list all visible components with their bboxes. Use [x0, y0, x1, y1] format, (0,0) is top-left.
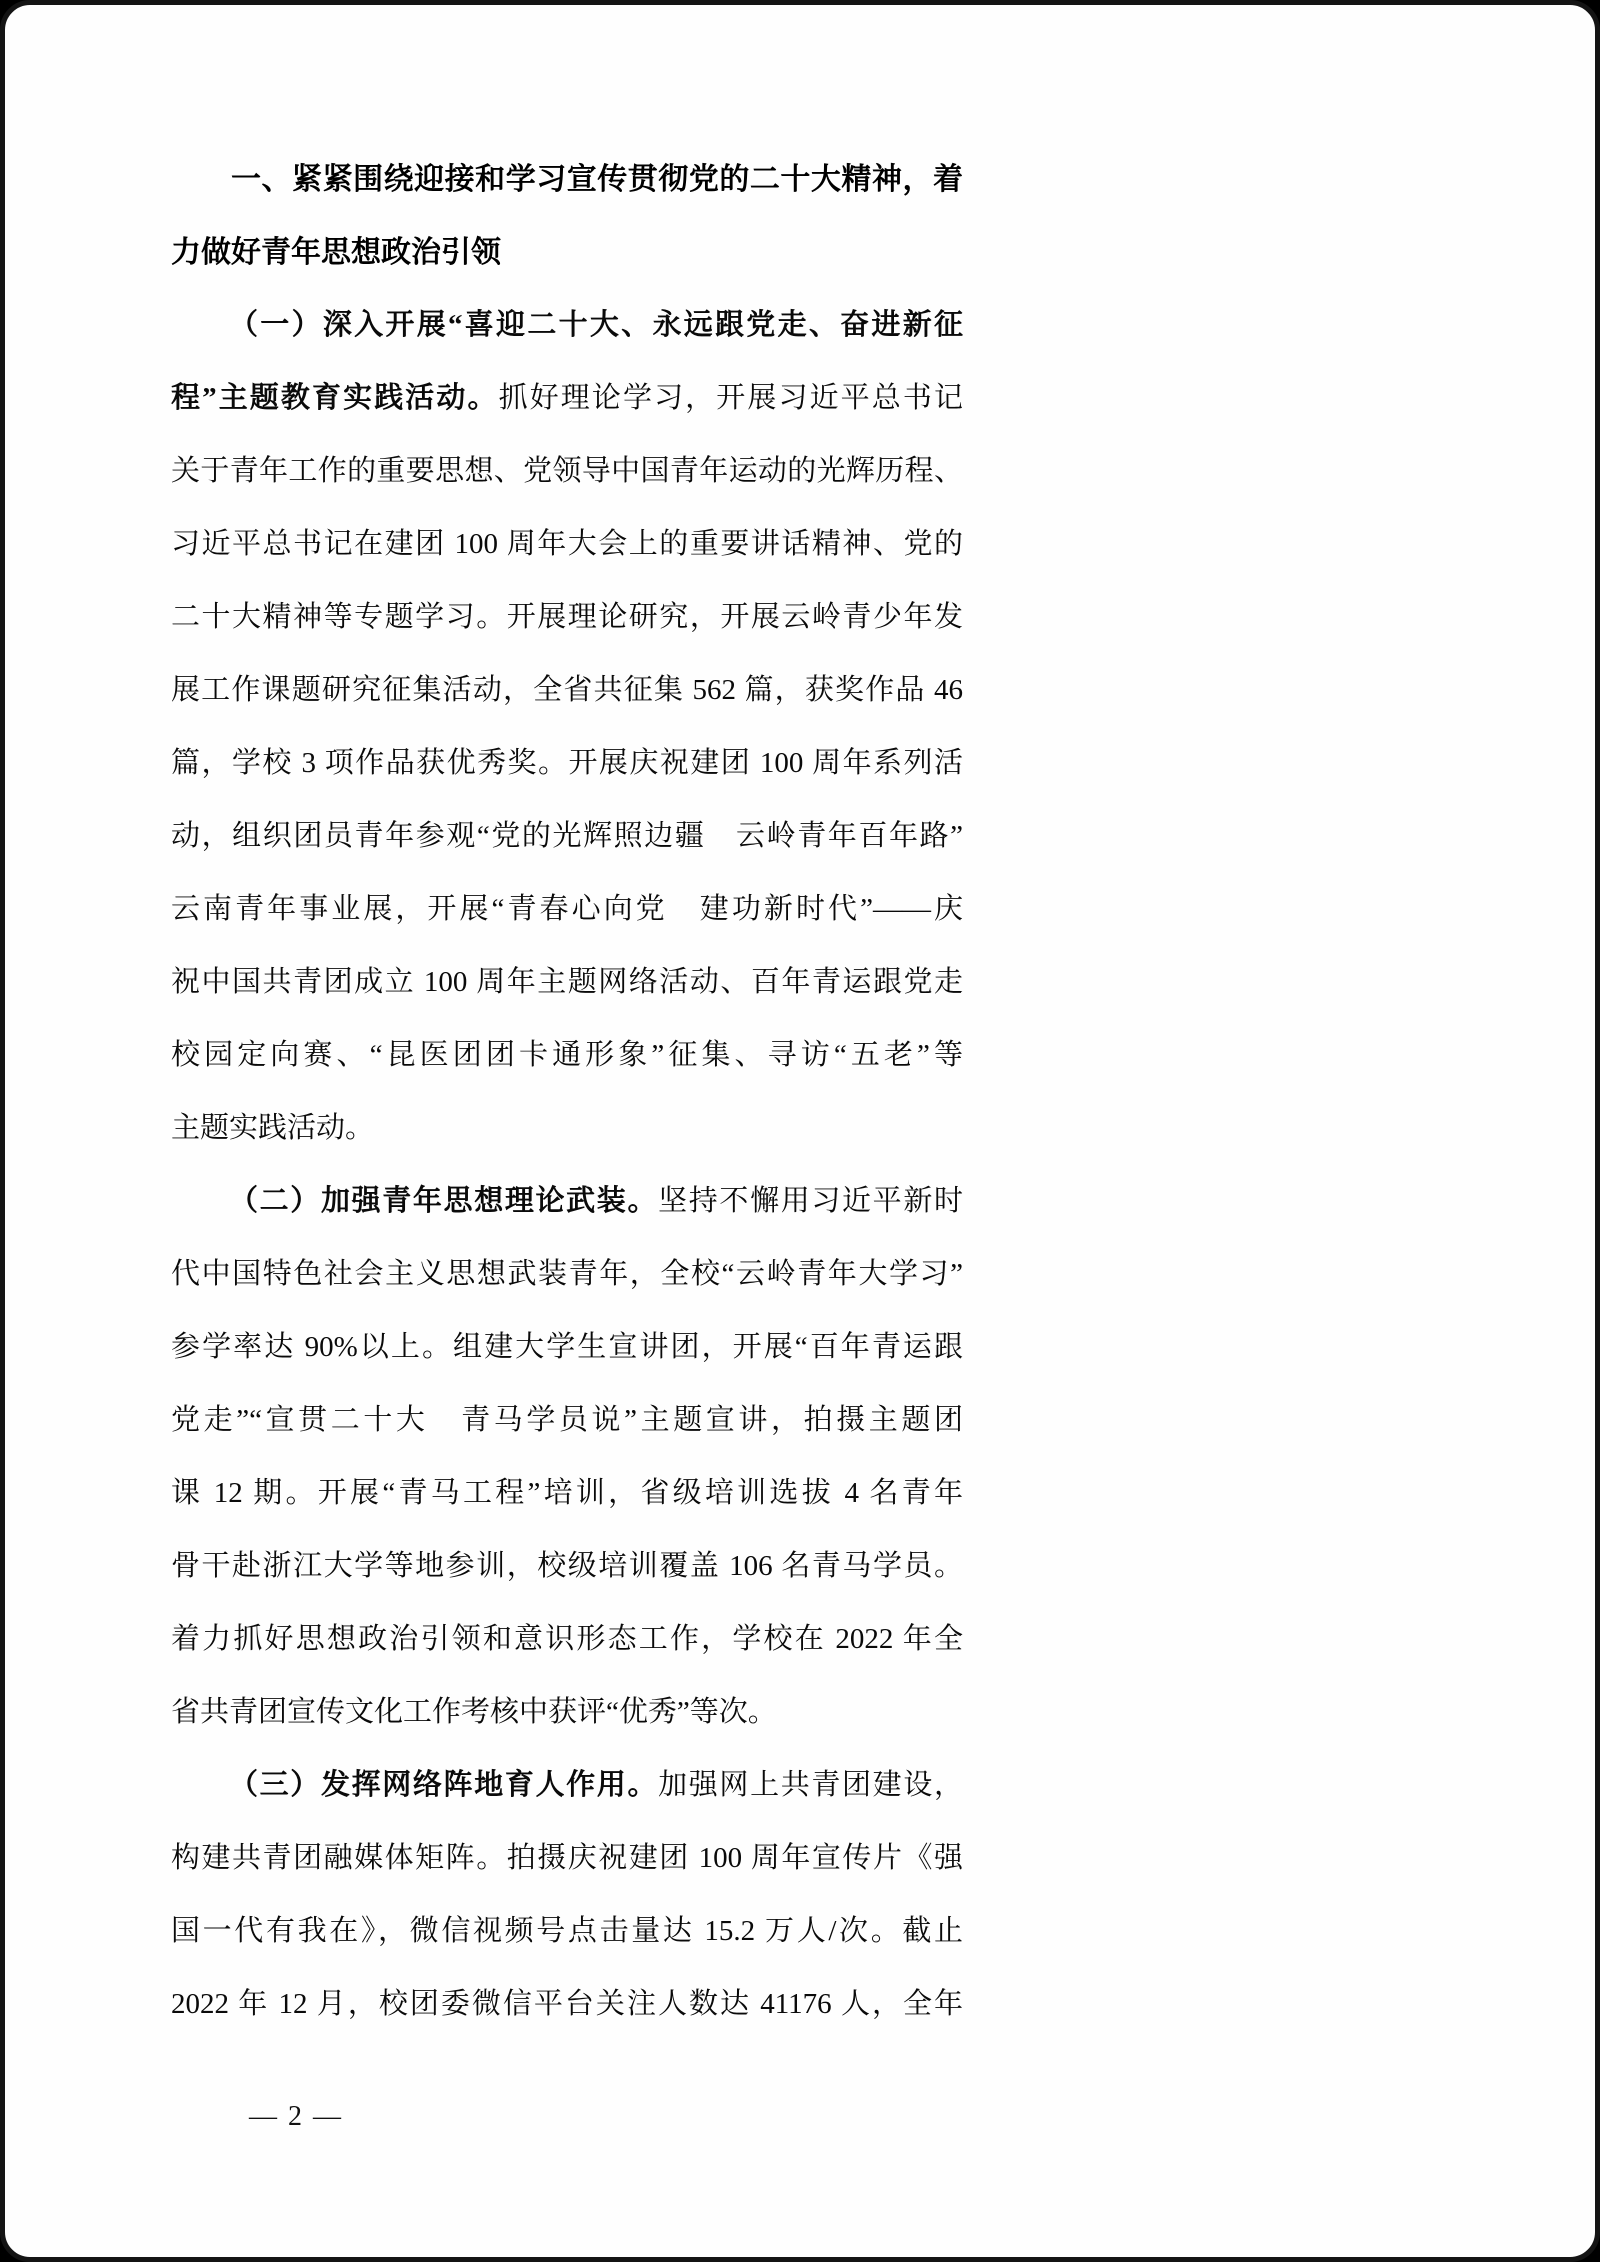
- paragraph-text: 校园定向赛、“昆医团团卡通形象”征集、寻访“五老”等: [171, 1039, 963, 1071]
- document-page: 一、紧紧围绕迎接和学习宣传贯彻党的二十大精神，着 力做好青年思想政治引领 （一）…: [0, 0, 1600, 2262]
- page-number: — 2 —: [249, 2097, 963, 2137]
- text-line: 党走”“宣贯二十大 青马学员说”主题宣讲，拍摄主题团: [171, 1384, 963, 1457]
- text-line: 构建共青团融媒体矩阵。拍摄庆祝建团 100 周年宣传片《强: [171, 1822, 963, 1895]
- text-line: 2022 年 12 月，校团委微信平台关注人数达 41176 人，全年: [171, 1968, 963, 2041]
- text-line: 习近平总书记在建团 100 周年大会上的重要讲话精神、党的: [171, 508, 963, 581]
- paragraph-text: 关于青年工作的重要思想、党领导中国青年运动的光辉历程、: [171, 455, 963, 487]
- paragraph-lead-text: 程”主题教育实践活动。: [171, 382, 499, 414]
- text-line: 展工作课题研究征集活动，全省共征集 562 篇，获奖作品 46: [171, 654, 963, 727]
- paragraph-lead-text: （二）加强青年思想理论武装。: [229, 1185, 658, 1217]
- paragraph-lead-text: （一）深入开展“喜迎二十大、永远跟党走、奋进新征: [229, 309, 963, 341]
- text-line: 云南青年事业展，开展“青春心向党 建功新时代”——庆: [171, 873, 963, 946]
- paragraph-text: 代中国特色社会主义思想武装青年，全校“云岭青年大学习”: [171, 1258, 963, 1290]
- paragraph-text: 课 12 期。开展“青马工程”培训，省级培训选拔 4 名青年: [171, 1477, 963, 1509]
- text-line: 参学率达 90%以上。组建大学生宣讲团，开展“百年青运跟: [171, 1311, 963, 1384]
- paragraph-text: 动，组织团员青年参观“党的光辉照边疆 云岭青年百年路”: [171, 820, 963, 852]
- paragraph-text: 抓好理论学习，开展习近平总书记: [499, 382, 963, 414]
- paragraph-text: 祝中国共青团成立 100 周年主题网络活动、百年青运跟党走: [171, 966, 963, 998]
- text-line: 代中国特色社会主义思想武装青年，全校“云岭青年大学习”: [171, 1238, 963, 1311]
- text-line: 骨干赴浙江大学等地参训，校级培训覆盖 106 名青马学员。: [171, 1530, 963, 1603]
- paragraph-text: 二十大精神等专题学习。开展理论研究，开展云岭青少年发: [171, 601, 963, 633]
- text-line: （二）加强青年思想理论武装。坚持不懈用习近平新时: [171, 1165, 963, 1238]
- paragraph-lead-text: （三）发挥网络阵地育人作用。: [229, 1769, 658, 1801]
- section-heading-line-1: 一、紧紧围绕迎接和学习宣传贯彻党的二十大精神，着: [171, 143, 963, 216]
- paragraph-text: 主题实践活动。: [171, 1112, 374, 1144]
- paragraph-text: 国一代有我在》，微信视频号点击量达 15.2 万人/次。截止: [171, 1915, 963, 1947]
- text-line: （三）发挥网络阵地育人作用。加强网上共青团建设，: [171, 1749, 963, 1822]
- text-line: 关于青年工作的重要思想、党领导中国青年运动的光辉历程、: [171, 435, 963, 508]
- paragraph-text: 骨干赴浙江大学等地参训，校级培训覆盖 106 名青马学员。: [171, 1550, 963, 1582]
- paragraph-text: 省共青团宣传文化工作考核中获评“优秀”等次。: [171, 1696, 777, 1728]
- section-heading: 一、紧紧围绕迎接和学习宣传贯彻党的二十大精神，着 力做好青年思想政治引领: [171, 143, 963, 289]
- paragraph-text: 坚持不懈用习近平新时: [658, 1185, 963, 1217]
- paragraph-text: 展工作课题研究征集活动，全省共征集 562 篇，获奖作品 46: [171, 674, 963, 706]
- text-line: 主题实践活动。: [171, 1092, 963, 1165]
- text-line: 祝中国共青团成立 100 周年主题网络活动、百年青运跟党走: [171, 946, 963, 1019]
- paragraph-text: 习近平总书记在建团 100 周年大会上的重要讲话精神、党的: [171, 528, 963, 560]
- text-line: （一）深入开展“喜迎二十大、永远跟党走、奋进新征: [171, 289, 963, 362]
- text-line: 动，组织团员青年参观“党的光辉照边疆 云岭青年百年路”: [171, 800, 963, 873]
- paragraph-text: 党走”“宣贯二十大 青马学员说”主题宣讲，拍摄主题团: [171, 1404, 963, 1436]
- paragraph-text: 篇，学校 3 项作品获优秀奖。开展庆祝建团 100 周年系列活: [171, 747, 963, 779]
- text-line: 程”主题教育实践活动。抓好理论学习，开展习近平总书记: [171, 362, 963, 435]
- paragraph-text: 构建共青团融媒体矩阵。拍摄庆祝建团 100 周年宣传片《强: [171, 1842, 963, 1874]
- text-line: 国一代有我在》，微信视频号点击量达 15.2 万人/次。截止: [171, 1895, 963, 1968]
- text-line: 着力抓好思想政治引领和意识形态工作，学校在 2022 年全: [171, 1603, 963, 1676]
- paragraph-text: 云南青年事业展，开展“青春心向党 建功新时代”——庆: [171, 893, 963, 925]
- text-line: 篇，学校 3 项作品获优秀奖。开展庆祝建团 100 周年系列活: [171, 727, 963, 800]
- paragraph-text: 2022 年 12 月，校团委微信平台关注人数达 41176 人，全年: [171, 1988, 963, 2020]
- text-line: 校园定向赛、“昆医团团卡通形象”征集、寻访“五老”等: [171, 1019, 963, 1092]
- text-line: 二十大精神等专题学习。开展理论研究，开展云岭青少年发: [171, 581, 963, 654]
- document-body-text: （一）深入开展“喜迎二十大、永远跟党走、奋进新征程”主题教育实践活动。抓好理论学…: [171, 289, 963, 2041]
- paragraph-text: 着力抓好思想政治引领和意识形态工作，学校在 2022 年全: [171, 1623, 963, 1655]
- paragraph-text: 参学率达 90%以上。组建大学生宣讲团，开展“百年青运跟: [171, 1331, 963, 1363]
- paragraph-text: 加强网上共青团建设，: [658, 1769, 963, 1801]
- text-line: 省共青团宣传文化工作考核中获评“优秀”等次。: [171, 1676, 963, 1749]
- document-content: 一、紧紧围绕迎接和学习宣传贯彻党的二十大精神，着 力做好青年思想政治引领 （一）…: [171, 143, 963, 2137]
- text-line: 课 12 期。开展“青马工程”培训，省级培训选拔 4 名青年: [171, 1457, 963, 1530]
- section-heading-line-2: 力做好青年思想政治引领: [171, 216, 963, 289]
